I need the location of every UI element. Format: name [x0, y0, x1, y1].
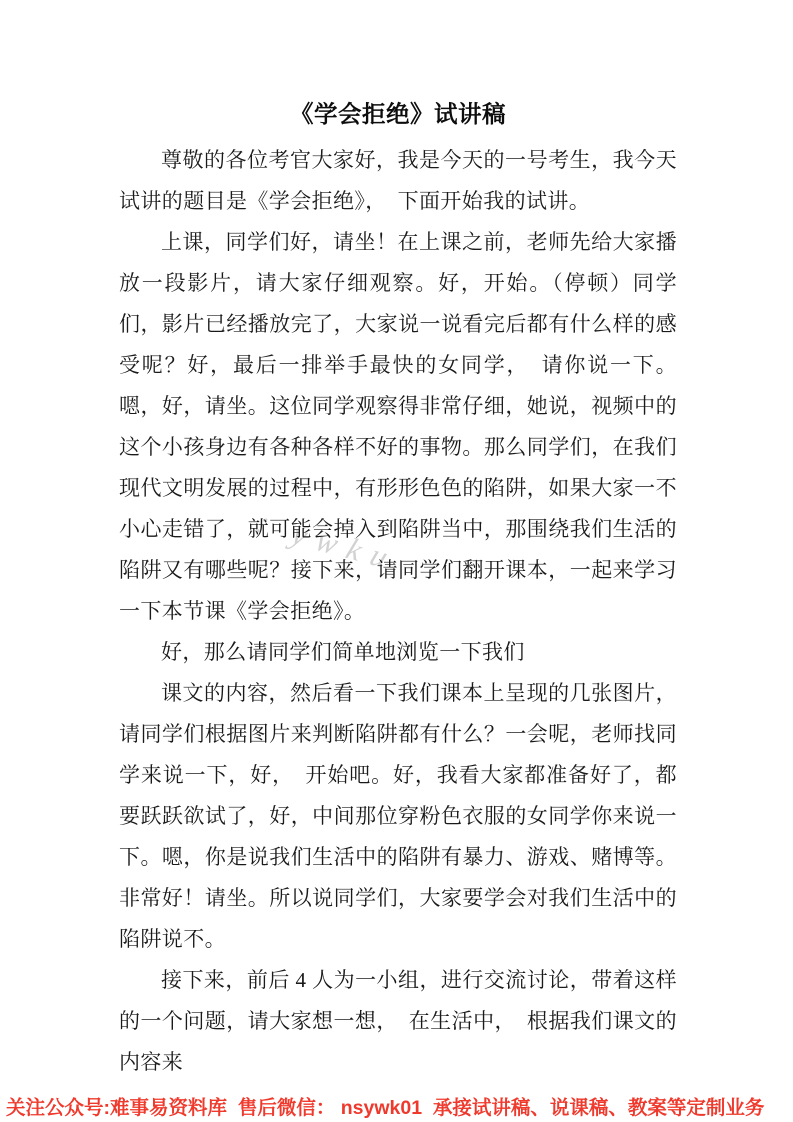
body-paragraph: 上课，同学们好，请坐！在上课之前，老师先给大家播放一段影片，请大家仔细观察。好，… — [119, 222, 677, 632]
document-content: 《学会拒绝》试讲稿 尊敬的各位考官大家好，我是今天的一号考生，我今天试讲的题目是… — [0, 0, 793, 1083]
promo-footer-text: 关注公众号:难事易资料库 售后微信： nsywk01 承接试讲稿、说课稿、教案等… — [6, 1093, 793, 1122]
document-title: 《学会拒绝》试讲稿 — [119, 100, 677, 128]
body-paragraph: 接下来，前后 4 人为一小组，进行交流讨论，带着这样的一个问题，请大家想一想， … — [119, 960, 677, 1083]
document-page: ：ywku 《学会拒绝》试讲稿 尊敬的各位考官大家好，我是今天的一号考生，我今天… — [0, 0, 793, 1122]
body-paragraph: 课文的内容，然后看一下我们课本上呈现的几张图片，请同学们根据图片来判断陷阱都有什… — [119, 673, 677, 960]
body-paragraph: 尊敬的各位考官大家好，我是今天的一号考生，我今天试讲的题目是《学会拒绝》， 下面… — [119, 140, 677, 222]
body-paragraph: 好，那么请同学们简单地浏览一下我们 — [119, 632, 677, 673]
